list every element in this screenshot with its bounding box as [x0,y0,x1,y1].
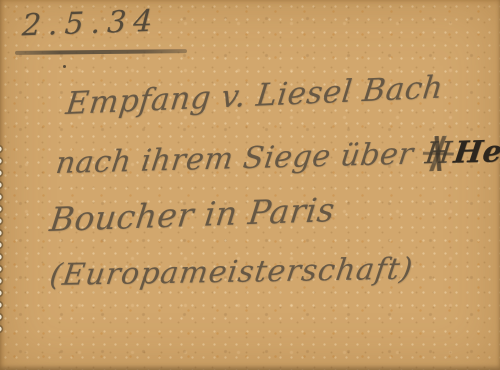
handwritten-line-1: Empfang v. Liesel Bach [64,69,445,122]
line2-text: nach ihrem Siege über [54,136,426,181]
archival-note-card: 2.5.34 Empfang v. Liesel Bach nach ihrem… [0,0,500,370]
date-underline [15,49,187,55]
handwritten-line-4: (Europameisterschaft) [48,252,416,293]
torn-perforation-edge [0,143,6,335]
date-text: 2.5.34 [21,4,160,44]
crossed-out-text: H [421,136,456,172]
handwritten-line-2: nach ihrem Siege über HHelene [54,132,500,181]
pencil-dot [63,65,66,68]
handwritten-line-3: Boucher in Paris [48,190,337,239]
inserted-name-text: Helene [452,132,500,170]
